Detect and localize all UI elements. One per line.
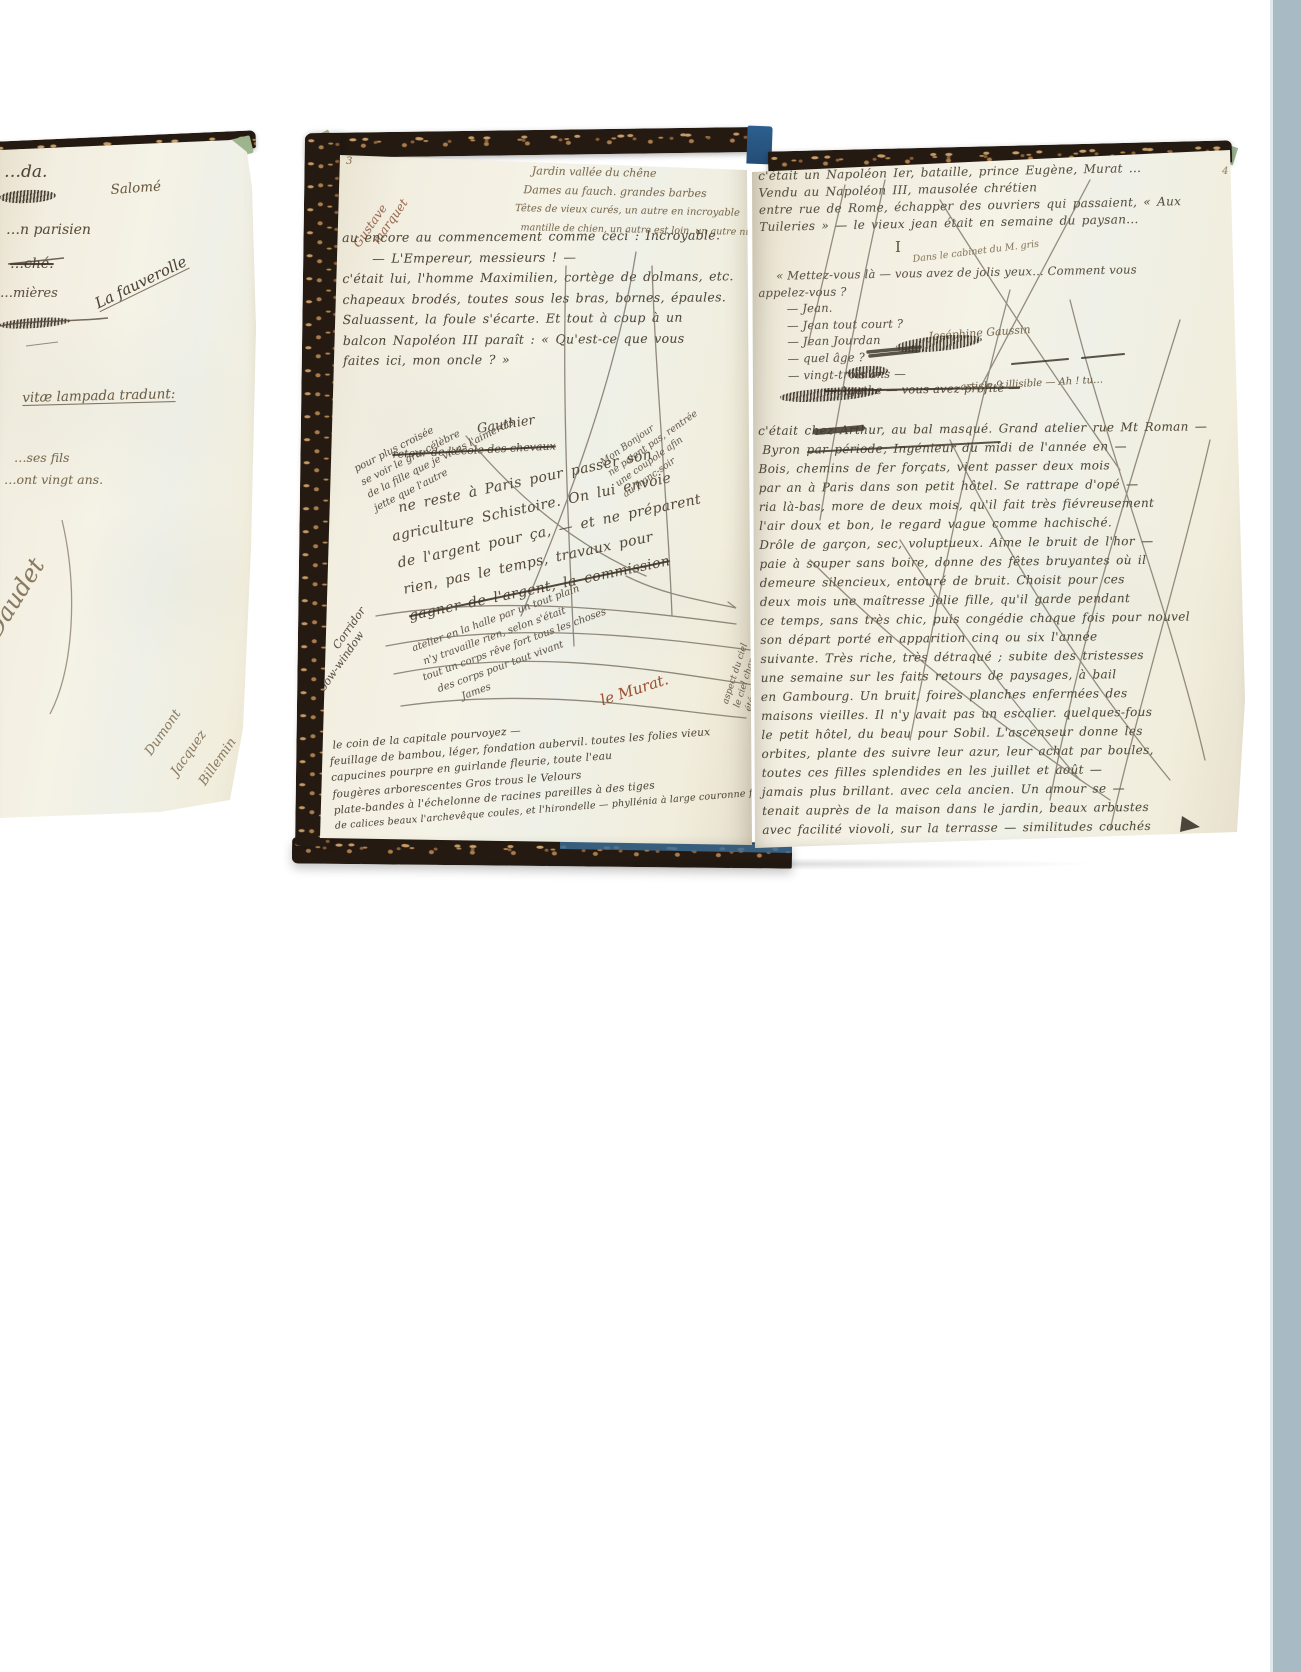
diagonal-name-1: Dumont	[142, 707, 184, 759]
handwriting-ses-fils: …ses fils	[14, 450, 69, 465]
bottom-block: le coin de la capitale pourvoyez — feuil…	[328, 703, 784, 835]
interline-note: Dans le cabinet du M. gris	[912, 238, 1040, 264]
handwriting-line: chapeaux brodés, toutes sous les bras, b…	[342, 287, 733, 310]
handwriting-line: balcon Napoléon III paraît : « Qu'est-ce…	[343, 328, 734, 351]
signature-daudet: Alph. Daudet	[0, 553, 50, 703]
prose-block: c'était chez Arthur, au bal masqué. Gran…	[758, 417, 1212, 840]
loose-page-paper: …da. Salomé …n parisien …ché. …mières La…	[0, 128, 266, 828]
cover-top-edge-left	[306, 127, 768, 158]
handwriting-latin-motto: vitæ lampada tradunt:	[22, 386, 175, 406]
right-page: 4 c'était un Napoléon Ier, bataille, pri…	[750, 140, 1250, 850]
handwriting-misieres: …mières	[0, 286, 58, 301]
red-ink-word: le Murat.	[598, 670, 670, 709]
handwriting-cut-word: …da.	[4, 162, 47, 182]
ink-scribble	[0, 189, 56, 205]
page-number-right: 4	[1222, 166, 1228, 177]
top-paragraph: c'était un Napoléon Ier, bataille, princ…	[758, 159, 1182, 236]
handwriting-title-diagonal: La fauverolle	[92, 252, 190, 312]
handwriting-line: avec facilité viovoli, sur la terrasse —…	[762, 816, 1211, 840]
handwriting-line: c'était lui, l'homme Maximilien, cortège…	[342, 266, 733, 289]
left-page: 3 Gustave marquet Jardin vallée du chêne…	[316, 146, 756, 848]
handwriting-salome: Salomé	[110, 178, 162, 197]
section-numeral: I	[895, 238, 901, 256]
main-paragraph: au encore au commencement comme ceci : I…	[342, 225, 734, 371]
loose-page: …da. Salomé …n parisien …ché. …mières La…	[0, 128, 266, 828]
handwriting-vingt-ans: …ont vingt ans.	[4, 472, 103, 487]
handwriting-line: au encore au commencement comme ceci : I…	[342, 225, 733, 248]
handwriting-line: — L'Empereur, messieurs ! —	[342, 246, 733, 269]
handwriting-struck-word: …ché.	[10, 256, 54, 272]
background-stripe	[1270, 0, 1301, 1672]
ink-scribble	[0, 316, 70, 331]
page-number-left: 3	[346, 156, 352, 167]
book-shadow	[310, 856, 1210, 872]
handwriting-parisien: …n parisien	[6, 222, 91, 238]
handwriting-line: Saluassent, la foule s'écarte. Et tout à…	[343, 307, 734, 330]
manuscript-photo: …da. Salomé …n parisien …ché. …mières La…	[0, 0, 1301, 1672]
handwriting-line: faites ici, mon oncle ? »	[343, 348, 734, 371]
